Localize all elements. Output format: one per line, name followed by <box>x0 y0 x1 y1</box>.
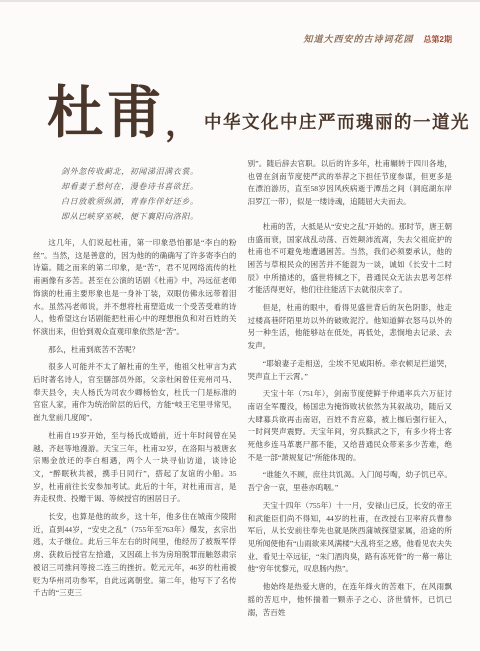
body-paragraph: 别”。随后辞去官职。以后的许多年，杜甫辗转于四川各地，也曾在剑南节度使严武的举荐… <box>248 158 453 209</box>
body-paragraph: 很多人可能并不太了解杜甫的生平，他祖父杜审言为武后时著名诗人，官至膳部员外郎，父… <box>33 361 237 425</box>
right-column: 别”。随后辞去官职。以后的许多年，杜甫辗转于四川各地，也曾在剑南节度使严武的举荐… <box>248 158 453 624</box>
left-column: 剑外忽传收蓟北，初闻涕泪满衣裳。 却看妻子愁何在，漫卷诗书喜欲狂。 白日放歌须纵… <box>33 158 237 624</box>
body-paragraph: 天宝十年（751年），剑南节度使鲜于仲通率兵六万征讨南诏全军覆没，杨国忠为掩饰败… <box>248 388 453 464</box>
quote-paragraph: “耶娘妻子走相送，尘埃不见咸阳桥。牵衣顿足拦道哭，哭声直上干云霄。” <box>248 358 453 383</box>
masthead: 知道大西安的古诗词花园 总第2期 <box>33 32 452 46</box>
article-body: 剑外忽传收蓟北，初闻涕泪满衣裳。 却看妻子愁何在，漫卷诗书喜欲狂。 白日放歌须纵… <box>33 158 452 624</box>
magazine-page: 知道大西安的古诗词花园 总第2期 杜甫 ， 中华文化中庄严而瑰丽的一道光 剑外忽… <box>0 0 480 651</box>
poem-line: 却看妻子愁何在，漫卷诗书喜欲狂。 <box>61 179 237 194</box>
body-paragraph: 这几年，人们说起杜甫，第一印象恐怕都是“李白的粉丝”。当然，这是善意的，因为他的… <box>33 237 237 339</box>
poem-line: 白日放歌须纵酒，青春作伴好还乡。 <box>61 194 237 209</box>
body-paragraph: 但是，杜甫的眼中，看得见盛世背后的灰色阴影，他走过楼高巷阡陌里坊以外的破败泥泞。… <box>248 302 453 353</box>
issue-number: 总第2期 <box>424 33 452 47</box>
title-main: 杜甫 <box>47 84 165 142</box>
poem-line: 即从巴峡穿巫峡，便下襄阳向洛阳。 <box>61 209 237 224</box>
quote-paragraph: “谁能久不顾，庶往共饥渴。入门闻号啕，幼子饥已卒。吾宁舍一哀，里巷亦呜咽。” <box>248 469 453 494</box>
body-paragraph: 天宝十四年（755年）十一月，安禄山已反，长安的帝王和武能臣们尚不得知，44岁的… <box>248 500 453 576</box>
article-title: 杜甫 ， 中华文化中庄严而瑰丽的一道光 <box>47 84 452 142</box>
body-paragraph: 他始终是热爱大唐的，在连年烽火的苦难下，在风雨飘摇的苦厄中，他怀揣着一颗赤子之心… <box>248 581 453 619</box>
body-paragraph: 长安，也算是他的故乡，这十年，他多住在城南少陵附近，直到44岁，“安史之乱”（7… <box>33 511 237 600</box>
poem-line: 剑外忽传收蓟北，初闻涕泪满衣裳。 <box>61 164 237 179</box>
body-paragraph: 杜甫的苦，大抵是从“安史之乱”开始的。那时节，唐王朝由盛而衰，国家战乱动荡、百姓… <box>248 221 453 297</box>
body-paragraph: 那么，杜甫到底苦不苦呢？ <box>33 344 237 357</box>
poem-quote: 剑外忽传收蓟北，初闻涕泪满衣裳。 却看妻子愁何在，漫卷诗书喜欲狂。 白日放歌须纵… <box>61 164 237 224</box>
title-subtitle: 中华文化中庄严而瑰丽的一道光 <box>204 113 470 131</box>
masthead-calligraphy: 知道大西安的古诗词花园 <box>304 32 414 46</box>
title-comma: ， <box>165 107 199 141</box>
body-paragraph: 杜甫自19岁开始，至与杨氏成婚前，近十年时间曾在吴越、齐赵等地漫游。天宝三年，杜… <box>33 430 237 506</box>
